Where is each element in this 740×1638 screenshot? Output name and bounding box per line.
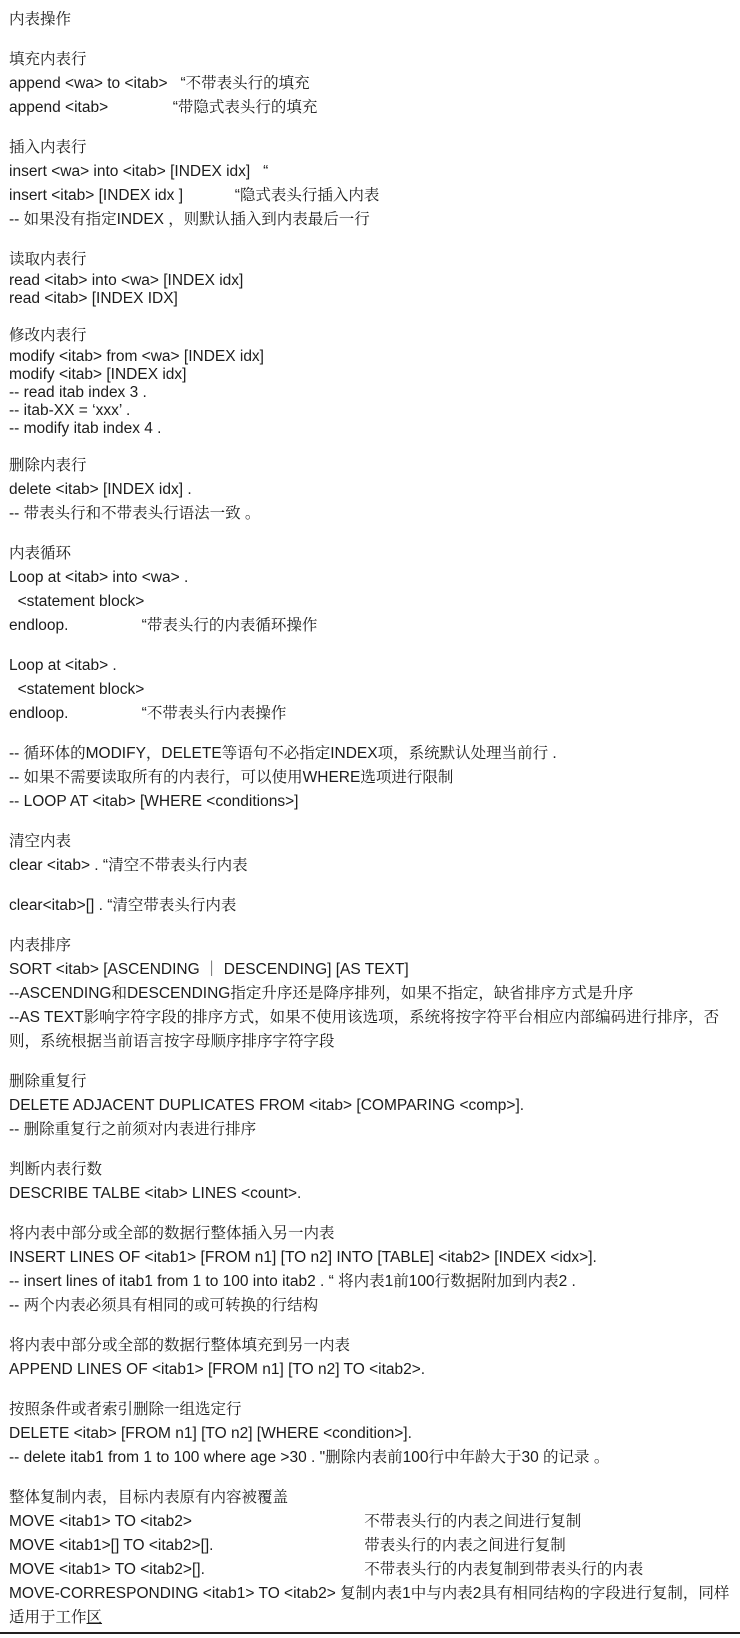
doc-line: DESCRIBE TALBE <itab> LINES <count>. [9,1182,734,1206]
doc-line: -- read itab index 3 . [9,384,734,402]
doc-section: Loop at <itab> . <statement block>endloo… [9,654,734,726]
section-heading: 清空内表 [9,830,734,854]
doc-line: endloop. “带表头行的内表循环操作 [9,614,734,638]
doc-line: <statement block> [9,678,734,702]
section-heading: 内表循环 [9,542,734,566]
doc-line: insert <itab> [INDEX idx ] “隐式表头行插入内表 [9,184,734,208]
doc-section: 整体复制内表，目标内表原有内容被覆盖MOVE <itab1> TO <itab2… [9,1486,734,1630]
doc-section: 判断内表行数DESCRIBE TALBE <itab> LINES <count… [9,1158,734,1206]
doc-line: -- LOOP AT <itab> [WHERE <conditions>] [9,790,734,814]
bottom-rule [0,1632,740,1634]
section-heading: 将内表中部分或全部的数据行整体插入另一内表 [9,1222,734,1246]
section-heading: 删除重复行 [9,1070,734,1094]
doc-line: APPEND LINES OF <itab1> [FROM n1] [TO n2… [9,1358,734,1382]
doc-section: 插入内表行insert <wa> into <itab> [INDEX idx]… [9,136,734,232]
doc-line: -- modify itab index 4 . [9,420,734,438]
doc-line: -- insert lines of itab1 from 1 to 100 i… [9,1270,734,1294]
doc-line: read <itab> into <wa> [INDEX idx] [9,272,734,290]
doc-section: -- 循环体的MODIFY，DELETE等语句不必指定INDEX项，系统默认处理… [9,742,734,814]
doc-line: DELETE <itab> [FROM n1] [TO n2] [WHERE <… [9,1422,734,1446]
section-heading: 内表排序 [9,934,734,958]
document-page: 内表操作 填充内表行append <wa> to <itab> “不带表头行的填… [0,0,740,1630]
doc-section: 删除重复行DELETE ADJACENT DUPLICATES FROM <it… [9,1070,734,1142]
doc-section: 读取内表行read <itab> into <wa> [INDEX idx]re… [9,248,734,308]
section-heading: 按照条件或者索引删除一组选定行 [9,1398,734,1422]
doc-line: read <itab> [INDEX IDX] [9,290,734,308]
doc-line: clear <itab> . “清空不带表头行内表 [9,854,734,878]
section-heading: 删除内表行 [9,454,734,478]
doc-section: 将内表中部分或全部的数据行整体插入另一内表INSERT LINES OF <it… [9,1222,734,1318]
doc-section: 内表排序SORT <itab> [ASCENDING ｜ DESCENDING]… [9,934,734,1054]
doc-line: INSERT LINES OF <itab1> [FROM n1] [TO n2… [9,1246,734,1270]
doc-line: MOVE-CORRESPONDING <itab1> TO <itab2> 复制… [9,1582,734,1630]
doc-line: endloop. “不带表头行内表操作 [9,702,734,726]
doc-line: modify <itab> from <wa> [INDEX idx] [9,348,734,366]
doc-section: 按照条件或者索引删除一组选定行DELETE <itab> [FROM n1] [… [9,1398,734,1470]
doc-line: modify <itab> [INDEX idx] [9,366,734,384]
doc-line: -- 删除重复行之前须对内表进行排序 [9,1118,734,1142]
doc-line: --AS TEXT影响字符字段的排序方式，如果不使用该选项，系统将按字符平台相应… [9,1006,734,1054]
doc-line: append <itab> “带隐式表头行的填充 [9,96,734,120]
page-title: 内表操作 [9,8,734,32]
doc-line: <statement block> [9,590,734,614]
doc-line: SORT <itab> [ASCENDING ｜ DESCENDING] [AS… [9,958,734,982]
doc-line: -- delete itab1 from 1 to 100 where age … [9,1446,734,1470]
section-heading: 整体复制内表，目标内表原有内容被覆盖 [9,1486,734,1510]
section-heading: 判断内表行数 [9,1158,734,1182]
doc-section: 清空内表clear <itab> . “清空不带表头行内表 [9,830,734,878]
doc-line: -- 带表头行和不带表头行语法一致 。 [9,502,734,526]
doc-line: --ASCENDING和DESCENDING指定升序还是降序排列，如果不指定，缺… [9,982,734,1006]
doc-line: -- 两个内表必须具有相同的或可转换的行结构 [9,1294,734,1318]
doc-line: Loop at <itab> . [9,654,734,678]
doc-section: 将内表中部分或全部的数据行整体填充到另一内表APPEND LINES OF <i… [9,1334,734,1382]
doc-line: MOVE <itab1> TO <itab2> 不带表头行的内表之间进行复制 [9,1510,734,1534]
doc-section: 修改内表行modify <itab> from <wa> [INDEX idx]… [9,324,734,438]
doc-line: -- 如果没有指定INDEX ，则默认插入到内表最后一行 [9,208,734,232]
section-heading: 修改内表行 [9,324,734,348]
doc-line: MOVE <itab1> TO <itab2>[]. 不带表头行的内表复制到带表… [9,1558,734,1582]
doc-line: delete <itab> [INDEX idx] . [9,478,734,502]
doc-line: insert <wa> into <itab> [INDEX idx] “ [9,160,734,184]
doc-line: MOVE <itab1>[] TO <itab2>[]. 带表头行的内表之间进行… [9,1534,734,1558]
doc-line: -- 如果不需要读取所有的内表行，可以使用WHERE选项进行限制 [9,766,734,790]
doc-section: clear<itab>[] . “清空带表头行内表 [9,894,734,918]
section-heading: 读取内表行 [9,248,734,272]
doc-line: append <wa> to <itab> “不带表头行的填充 [9,72,734,96]
doc-line: -- itab-XX = ‘xxx’ . [9,402,734,420]
doc-line: clear<itab>[] . “清空带表头行内表 [9,894,734,918]
doc-section: 填充内表行append <wa> to <itab> “不带表头行的填充appe… [9,48,734,120]
doc-line: Loop at <itab> into <wa> . [9,566,734,590]
section-heading: 插入内表行 [9,136,734,160]
doc-section: 内表循环Loop at <itab> into <wa> . <statemen… [9,542,734,638]
section-heading: 填充内表行 [9,48,734,72]
underlined-char: 区 [87,1609,103,1626]
doc-section: 删除内表行delete <itab> [INDEX idx] .-- 带表头行和… [9,454,734,526]
sections: 填充内表行append <wa> to <itab> “不带表头行的填充appe… [9,48,734,1630]
doc-line: -- 循环体的MODIFY，DELETE等语句不必指定INDEX项，系统默认处理… [9,742,734,766]
section-heading: 将内表中部分或全部的数据行整体填充到另一内表 [9,1334,734,1358]
doc-line: DELETE ADJACENT DUPLICATES FROM <itab> [… [9,1094,734,1118]
